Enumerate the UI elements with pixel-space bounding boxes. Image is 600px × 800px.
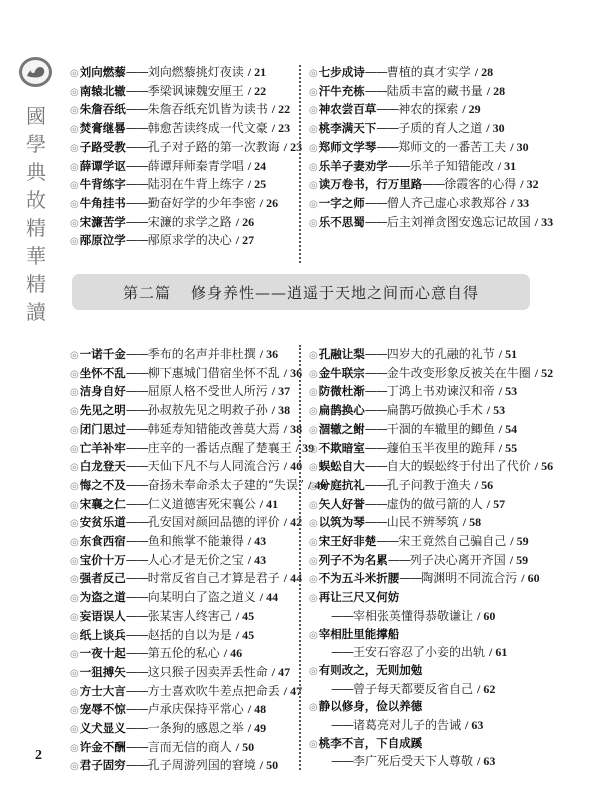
page-number-ref: 29 <box>469 102 481 116</box>
page-number-ref: 31 <box>504 159 516 173</box>
entry-keyword: 先见之明 <box>80 403 126 417</box>
em-dash: —— <box>331 682 353 696</box>
entry-description: 四岁大的孔融的礼节 <box>387 347 495 361</box>
entry-page: / 26 <box>260 196 278 210</box>
entry-description: 陶渊明不同流合污 <box>421 571 517 585</box>
page-separator: / <box>487 84 490 98</box>
entry-keyword: 宰相肚里能撑船 <box>319 627 400 641</box>
entry-page: / 55 <box>499 441 517 455</box>
em-dash: —— <box>365 515 387 529</box>
entry-keyword: 刘向燃藜 <box>80 65 126 79</box>
page-number-ref: 61 <box>495 645 507 659</box>
bullet-icon: ◎ <box>309 68 318 79</box>
bullet-icon: ◎ <box>309 702 318 713</box>
toc-entry[interactable]: ◎邴原泣学——邴原求学的决心/ 27 <box>70 232 302 251</box>
entry-description: 仁义道德害死宋襄公 <box>148 497 256 511</box>
entry-page: / 63 <box>477 754 495 768</box>
entry-description: 徐霞客的心得 <box>444 177 516 191</box>
page-separator: / <box>248 553 251 567</box>
page-separator: / <box>510 553 513 567</box>
entry-description: 虚伪的做弓箭的人 <box>387 497 483 511</box>
page-number-ref: 30 <box>517 140 529 154</box>
entry-keyword: 汗牛充栋 <box>319 84 365 98</box>
entry-page: / 56 <box>475 478 493 492</box>
bullet-icon: ◎ <box>309 462 318 473</box>
entry-description: 韩愈苦读终成一代文豪 <box>148 121 268 135</box>
toc-entry[interactable]: ◎宝价十万——人心才是无价之宝/ 43 <box>70 552 326 571</box>
em-dash: —— <box>126 534 148 548</box>
toc-entry[interactable]: ◎方士大言——方士喜欢吹牛差点把命丢/ 47 <box>70 683 326 702</box>
em-dash: —— <box>126 478 148 492</box>
entry-page: / 38 <box>272 403 290 417</box>
page-number-ref: 56 <box>541 459 553 473</box>
entry-keyword: 桃李满天下 <box>319 121 377 135</box>
bullet-icon: ◎ <box>70 425 79 436</box>
toc-entry[interactable]: ◎七步成诗——曹植的真才实学/ 28 <box>309 64 553 83</box>
entry-page: / 27 <box>236 233 254 247</box>
page-separator: / <box>462 102 465 116</box>
page-separator: / <box>236 609 239 623</box>
em-dash: —— <box>365 478 387 492</box>
page-separator: / <box>248 534 251 548</box>
em-dash: —— <box>126 347 148 361</box>
column-divider <box>299 65 301 263</box>
entry-keyword: 薛谭学讴 <box>80 159 126 173</box>
em-dash: —— <box>126 702 148 716</box>
toc-entry[interactable]: ◎宋王好非楚——宋王竟然自己骗自己/ 59 <box>309 533 553 552</box>
em-dash: —— <box>365 84 387 98</box>
toc-entry[interactable]: ◎一狙搏矢——这只猴子因卖弄丢性命/ 47 <box>70 664 326 683</box>
toc-entry[interactable]: ◎纸上谈兵——赵括的自以为是/ 45 <box>70 627 326 646</box>
entry-description: 第五伦的私心 <box>148 646 220 660</box>
bullet-icon: ◎ <box>70 537 79 548</box>
entry-description: 干涸的车辙里的鲫鱼 <box>387 422 495 436</box>
entry-description: 季梁讽谏魏安厘王 <box>148 84 244 98</box>
toc-entry[interactable]: ◎分庭抗礼——孔子问教于渔夫/ 56 <box>309 477 553 496</box>
toc-entry[interactable]: ◎以筑为琴——山民不辨琴筑/ 58 <box>309 514 553 533</box>
toc-entry[interactable]: ◎乐羊子妻劝学——乐羊子知错能改/ 31 <box>309 158 553 177</box>
page-separator: / <box>499 384 502 398</box>
em-dash: —— <box>126 646 148 660</box>
seal-emblem-icon <box>19 57 52 87</box>
page-separator: / <box>272 102 275 116</box>
page-number-ref: 53 <box>505 384 517 398</box>
title-char: 精 <box>24 270 48 298</box>
bullet-icon: ◎ <box>309 180 318 191</box>
em-dash: —— <box>126 84 148 98</box>
bullet-icon: ◎ <box>309 105 318 116</box>
toc-entry[interactable]: ◎再让三尺又何妨 <box>309 589 553 608</box>
page-separator: / <box>284 515 287 529</box>
entry-page: / 30 <box>510 140 528 154</box>
page-separator: / <box>224 646 227 660</box>
toc-entry[interactable]: ◎刘向燃藜——刘向燃藜挑灯夜读/ 21 <box>70 64 302 83</box>
toc-entry[interactable]: ◎安贫乐道——孔安国对颜回品德的评价/ 42 <box>70 514 326 533</box>
page-separator: / <box>521 571 524 585</box>
entry-description: 自大的蜈蚣终于付出了代价 <box>387 459 531 473</box>
toc-entry[interactable]: ——曾子每天都要反省自己/ 62 <box>309 681 553 699</box>
toc-entry[interactable]: ——宰相张英懂得恭敬谦让/ 60 <box>309 608 553 626</box>
page-number-ref: 23 <box>278 121 290 135</box>
page-separator: / <box>498 159 501 173</box>
toc-entry[interactable]: ◎坐怀不乱——柳下惠城门借宿坐怀不乱/ 36 <box>70 365 326 384</box>
entry-page: / 63 <box>465 718 483 732</box>
em-dash: —— <box>126 497 148 511</box>
em-dash: —— <box>126 215 148 229</box>
entry-description: 孔安国对颜回品德的评价 <box>148 515 280 529</box>
bullet-icon: ◎ <box>70 556 79 567</box>
page-number-ref: 41 <box>266 497 278 511</box>
bullet-icon: ◎ <box>309 369 318 380</box>
entry-keyword: 一字之师 <box>319 196 365 210</box>
page-number-ref: 22 <box>278 102 290 116</box>
toc-bottom-left-column: ◎一诺千金——季布的名声并非杜撰/ 36◎坐怀不乱——柳下惠城门借宿坐怀不乱/ … <box>70 346 326 776</box>
bullet-icon: ◎ <box>70 218 79 229</box>
page-number-ref: 46 <box>230 646 242 660</box>
page-number-ref: 59 <box>517 534 529 548</box>
entry-keyword: 宋濂苦学 <box>80 215 126 229</box>
page-separator: / <box>487 497 490 511</box>
page-separator: / <box>260 196 263 210</box>
entry-page: / 58 <box>463 515 481 529</box>
toc-entry[interactable]: ◎涸辙之鲋——干涸的车辙里的鲫鱼/ 54 <box>309 421 553 440</box>
em-dash: —— <box>126 65 148 79</box>
em-dash: —— <box>365 384 387 398</box>
entry-page: / 21 <box>248 65 266 79</box>
bullet-icon: ◎ <box>309 630 318 641</box>
bullet-icon: ◎ <box>70 705 79 716</box>
entry-description: 王安石容忍了小妾的出轨 <box>353 645 485 659</box>
em-dash: —— <box>365 422 387 436</box>
toc-entry[interactable]: ◎蜈蚣自大——自大的蜈蚣终于付出了代价/ 56 <box>309 458 553 477</box>
page-number-ref: 21 <box>254 65 266 79</box>
page-number-ref: 44 <box>266 590 278 604</box>
entry-description: 乐羊子知错能改 <box>410 159 494 173</box>
bullet-icon: ◎ <box>309 143 318 154</box>
entry-page: / 22 <box>272 102 290 116</box>
toc-entry[interactable]: ◎南辕北辙——季梁讽谏魏安厘王/ 22 <box>70 83 302 102</box>
page-separator: / <box>248 702 251 716</box>
toc-entry[interactable]: ◎君子固穷——孔子周游列国的窘境/ 50 <box>70 757 326 776</box>
page-separator: / <box>236 628 239 642</box>
page-number-ref: 43 <box>254 534 266 548</box>
page-number-ref: 22 <box>254 84 266 98</box>
entry-description: 张某害人终害己 <box>148 609 232 623</box>
em-dash: —— <box>365 441 387 455</box>
toc-entry[interactable]: ◎不为五斗米折腰——陶渊明不同流合污/ 60 <box>309 570 553 589</box>
toc-entry[interactable]: ◎静以修身，俭以养德 <box>309 698 553 717</box>
page-separator: / <box>520 177 523 191</box>
entry-page: / 56 <box>535 459 553 473</box>
title-char: 精 <box>24 214 48 242</box>
toc-entry[interactable]: ◎孔融让梨——四岁大的孔融的礼节/ 51 <box>309 346 553 365</box>
entry-page: / 48 <box>248 702 266 716</box>
page-number-ref: 26 <box>242 215 254 229</box>
bullet-icon: ◎ <box>309 666 318 677</box>
bullet-icon: ◎ <box>70 668 79 679</box>
page-separator: / <box>284 684 287 698</box>
em-dash: —— <box>331 609 353 623</box>
toc-entry[interactable]: ◎亡羊补牢——庄辛的一番话点醒了楚襄王/ 39 <box>70 440 326 459</box>
em-dash: —— <box>365 497 387 511</box>
page-separator: / <box>248 65 251 79</box>
entry-keyword: 郑师文学琴 <box>319 140 377 154</box>
toc-entry[interactable]: ——王安石容忍了小妾的出轨/ 61 <box>309 644 553 662</box>
entry-keyword: 义犬显义 <box>80 721 126 735</box>
page-number-ref: 63 <box>471 718 483 732</box>
bullet-icon: ◎ <box>309 162 318 173</box>
toc-entry[interactable]: ◎洁身自好——屈原人格不受世人所污/ 37 <box>70 383 326 402</box>
entry-keyword: 坐怀不乱 <box>80 366 126 380</box>
page-separator: / <box>477 609 480 623</box>
toc-entry[interactable]: ◎桃李满天下——子质的育人之道/ 30 <box>309 120 553 139</box>
bullet-icon: ◎ <box>309 481 318 492</box>
bullet-icon: ◎ <box>309 199 318 210</box>
bullet-icon: ◎ <box>70 236 79 247</box>
bullet-icon: ◎ <box>70 649 79 660</box>
page-number-ref: 59 <box>516 553 528 567</box>
entry-page: / 53 <box>487 403 505 417</box>
entry-page: / 61 <box>489 645 507 659</box>
vertical-series-title: 國 學 典 故 精 華 精 讀 <box>24 102 48 326</box>
toc-entry[interactable]: ◎宰相肚里能撑船 <box>309 626 553 645</box>
entry-keyword: 宠辱不惊 <box>80 702 126 716</box>
page-number-ref: 36 <box>266 347 278 361</box>
em-dash: —— <box>126 571 148 585</box>
entry-description: 卢承庆保持平常心 <box>148 702 244 716</box>
title-char: 學 <box>24 130 48 158</box>
entry-keyword: 静以修身，俭以养德 <box>319 699 423 713</box>
bullet-icon: ◎ <box>70 593 79 604</box>
em-dash: —— <box>365 65 387 79</box>
page-number-ref: 52 <box>541 366 553 380</box>
bullet-icon: ◎ <box>70 761 79 772</box>
toc-entry[interactable]: ◎郑师文学琴——郑师文的一番苦工夫/ 30 <box>309 139 553 158</box>
toc-entry[interactable]: ◎防微杜渐——丁鸿上书劝谏汉和帝/ 53 <box>309 383 553 402</box>
page-separator: / <box>236 233 239 247</box>
entry-description: 蘧伯玉半夜里的跪拜 <box>387 441 495 455</box>
bullet-icon: ◎ <box>70 462 79 473</box>
page-separator: / <box>284 422 287 436</box>
bullet-icon: ◎ <box>309 350 318 361</box>
toc-entry[interactable]: ◎一夜十起——第五伦的私心/ 46 <box>70 645 326 664</box>
bullet-icon: ◎ <box>70 143 79 154</box>
entry-description: 郑师文的一番苦工夫 <box>398 140 506 154</box>
toc-entry[interactable]: ◎闭门思过——韩延寿知错能改善莫大焉/ 38 <box>70 421 326 440</box>
em-dash: —— <box>126 441 148 455</box>
toc-entry[interactable]: ◎牛背练字——陆羽在牛背上练字/ 25 <box>70 176 302 195</box>
bullet-icon: ◎ <box>70 162 79 173</box>
toc-entry[interactable]: ◎乐不思蜀——后主刘禅贪图安逸忘记故国/ 33 <box>309 214 553 233</box>
toc-entry[interactable]: ◎焚膏继晷——韩愈苦读终成一代文豪/ 23 <box>70 120 302 139</box>
entry-keyword: 朱詹吞纸 <box>80 102 126 116</box>
toc-entry[interactable]: ◎不欺暗室——蘧伯玉半夜里的跪拜/ 55 <box>309 440 553 459</box>
page-number-ref: 30 <box>493 121 505 135</box>
page-separator: / <box>489 645 492 659</box>
em-dash: —— <box>126 590 148 604</box>
toc-entry[interactable]: ◎宋襄之仁——仁义道德害死宋襄公/ 41 <box>70 496 326 515</box>
entry-description: 陆质丰富的藏书量 <box>387 84 483 98</box>
page-separator: / <box>487 403 490 417</box>
toc-entry[interactable]: ◎列子不为名累——列子决心离开齐国/ 59 <box>309 552 553 571</box>
em-dash: —— <box>365 196 387 210</box>
page-number-ref: 50 <box>266 758 278 772</box>
entry-description: 山民不辨琴筑 <box>387 515 459 529</box>
em-dash: —— <box>126 459 148 473</box>
toc-entry[interactable]: ◎许金不酬——言而无信的商人/ 50 <box>70 739 326 758</box>
bullet-icon: ◎ <box>70 518 79 529</box>
toc-entry[interactable]: ◎子路受教——孔子对子路的第一次教诲/ 23 <box>70 139 302 158</box>
entry-page: / 33 <box>535 215 553 229</box>
entry-keyword: 一狙搏矢 <box>80 665 126 679</box>
toc-entry[interactable]: ◎宋濂苦学——宋濂的求学之路/ 26 <box>70 214 302 233</box>
em-dash: —— <box>331 645 353 659</box>
entry-keyword: 孔融让梨 <box>319 347 365 361</box>
toc-entry[interactable]: ◎东食西宿——鱼和熊掌不能兼得/ 43 <box>70 533 326 552</box>
page-separator: / <box>272 384 275 398</box>
toc-entry[interactable]: ◎金牛联宗——金牛改变形象反被关在牛圈/ 52 <box>309 365 553 384</box>
toc-entry[interactable]: ◎宠辱不惊——卢承庆保持平常心/ 48 <box>70 701 326 720</box>
page-number-ref: 54 <box>505 422 517 436</box>
entry-description: 勤奋好学的少年李密 <box>148 196 256 210</box>
page-number-ref: 51 <box>505 347 517 361</box>
page-number-ref: 45 <box>242 609 254 623</box>
entry-description: 方士喜欢吹牛差点把命丢 <box>148 684 280 698</box>
entry-description: 诸葛亮对儿子的告诫 <box>353 718 461 732</box>
entry-page: / 29 <box>462 102 480 116</box>
entry-description: 奋扬未奉命杀太子建的“失误” <box>148 478 304 492</box>
toc-entry[interactable]: ◎强者反己——时常反省自己才算是君子/ 44 <box>70 570 326 589</box>
entry-description: 赵括的自以为是 <box>148 628 232 642</box>
toc-entry[interactable]: ◎义犬显义——一条狗的感恩之举/ 49 <box>70 720 326 739</box>
toc-entry[interactable]: ◎悔之不及——奋扬未奉命杀太子建的“失误”/ 40 <box>70 477 326 496</box>
toc-entry[interactable]: ◎有则改之，无则加勉 <box>309 662 553 681</box>
bullet-icon: ◎ <box>70 500 79 511</box>
entry-description: 庄辛的一番话点醒了楚襄王 <box>148 441 292 455</box>
entry-keyword: 一夜十起 <box>80 646 126 660</box>
bullet-icon: ◎ <box>309 574 318 585</box>
entry-keyword: 妄语误人 <box>80 609 126 623</box>
em-dash: —— <box>376 140 398 154</box>
page-number-ref: 57 <box>493 497 505 511</box>
toc-entry[interactable]: ◎汗牛充栋——陆质丰富的藏书量/ 28 <box>309 83 553 102</box>
entry-keyword: 再让三尺又何妨 <box>319 590 400 604</box>
toc-entry[interactable]: ◎朱詹吞纸——朱詹吞纸充饥皆为读书/ 22 <box>70 101 302 120</box>
bullet-icon: ◎ <box>309 739 318 750</box>
page-separator: / <box>260 590 263 604</box>
title-char: 讀 <box>24 298 48 326</box>
page-separator: / <box>499 422 502 436</box>
entry-page: / 49 <box>248 721 266 735</box>
entry-description: 曾子每天都要反省自己 <box>353 682 473 696</box>
page-separator: / <box>475 65 478 79</box>
em-dash: —— <box>388 159 410 173</box>
entry-keyword: 矢人好誉 <box>319 497 365 511</box>
entry-keyword: 南辕北辙 <box>80 84 126 98</box>
entry-keyword: 有则改之，无则加勉 <box>319 663 423 677</box>
toc-entry[interactable]: ◎为盗之道——向某明白了盗之道义/ 44 <box>70 589 326 608</box>
entry-description: 邴原求学的决心 <box>148 233 232 247</box>
bullet-icon: ◎ <box>309 444 318 455</box>
page-number-ref: 45 <box>242 628 254 642</box>
entry-description: 韩延寿知错能改善莫大焉 <box>148 422 280 436</box>
page-number-ref: 60 <box>528 571 540 585</box>
bullet-icon: ◎ <box>70 612 79 623</box>
page-number-ref: 53 <box>493 403 505 417</box>
entry-description: 薛谭拜师秦青学唱 <box>148 159 244 173</box>
entry-page: / 25 <box>248 177 266 191</box>
page-number-ref: 33 <box>541 215 553 229</box>
page-number-ref: 38 <box>278 403 290 417</box>
toc-entry[interactable]: ◎一字之师——僧人齐己虚心求教郑谷/ 33 <box>309 195 553 214</box>
entry-keyword: 乐羊子妻劝学 <box>319 159 388 173</box>
entry-keyword: 防微杜渐 <box>319 384 365 398</box>
entry-keyword: 牛角挂书 <box>80 196 126 210</box>
entry-keyword: 许金不酬 <box>80 740 126 754</box>
toc-entry[interactable]: ◎桃李不言，下自成蹊 <box>309 735 553 754</box>
entry-keyword: 子路受教 <box>80 140 126 154</box>
em-dash: —— <box>365 403 387 417</box>
entry-keyword: 涸辙之鲋 <box>319 422 365 436</box>
entry-description: 言而无信的商人 <box>148 740 232 754</box>
entry-page: / 23 <box>272 121 290 135</box>
entry-keyword: 神农尝百草 <box>319 102 377 116</box>
em-dash: —— <box>126 159 148 173</box>
toc-entry[interactable]: ◎一诺千金——季布的名声并非杜撰/ 36 <box>70 346 326 365</box>
entry-keyword: 闭门思过 <box>80 422 126 436</box>
bullet-icon: ◎ <box>70 180 79 191</box>
bullet-icon: ◎ <box>70 481 79 492</box>
title-char: 國 <box>24 102 48 130</box>
bullet-icon: ◎ <box>70 724 79 735</box>
page-number-ref: 50 <box>242 740 254 754</box>
entry-page: / 51 <box>499 347 517 361</box>
toc-entry[interactable]: ◎扁鹊换心——扁鹊巧做换心手术/ 53 <box>309 402 553 421</box>
toc-entry[interactable]: ◎先见之明——孙叔敖先见之明救子孙/ 38 <box>70 402 326 421</box>
entry-keyword: 宋王好非楚 <box>319 534 377 548</box>
page-number-ref: 24 <box>254 159 266 173</box>
entry-page: / 28 <box>475 65 493 79</box>
em-dash: —— <box>126 553 148 567</box>
entry-keyword: 不为五斗米折腰 <box>319 571 400 585</box>
entry-keyword: 宝价十万 <box>80 553 126 567</box>
toc-entry[interactable]: ◎读万卷书，行万里路——徐霞客的心得/ 32 <box>309 176 553 195</box>
page-number-ref: 33 <box>517 196 529 210</box>
entry-keyword: 亡羊补牢 <box>80 441 126 455</box>
em-dash: —— <box>126 196 148 210</box>
toc-entry[interactable]: ◎白龙登天——天仙下凡不与人同流合污/ 40 <box>70 458 326 477</box>
toc-entry[interactable]: ◎矢人好誉——虚伪的做弓箭的人/ 57 <box>309 496 553 515</box>
entry-page: / 26 <box>236 215 254 229</box>
entry-page: / 59 <box>510 534 528 548</box>
section-part-label: 第二篇 <box>123 282 171 303</box>
em-dash: —— <box>126 140 148 154</box>
toc-entry[interactable]: ◎薛谭学讴——薛谭拜师秦青学唱/ 24 <box>70 158 302 177</box>
bullet-icon: ◎ <box>309 87 318 98</box>
toc-entry[interactable]: ◎妄语误人——张某害人终害己/ 45 <box>70 608 326 627</box>
entry-keyword: 邴原泣学 <box>80 233 126 247</box>
entry-keyword: 焚膏继晷 <box>80 121 126 135</box>
page-number-ref: 48 <box>254 702 266 716</box>
em-dash: —— <box>376 102 398 116</box>
toc-entry[interactable]: ——诸葛亮对儿子的告诫/ 63 <box>309 717 553 735</box>
toc-entry[interactable]: ——李广死后受天下人尊敬/ 63 <box>309 753 553 771</box>
page-separator: / <box>248 84 251 98</box>
toc-entry[interactable]: ◎神农尝百草——神农的探索/ 29 <box>309 101 553 120</box>
entry-keyword: 不欺暗室 <box>319 441 365 455</box>
toc-entry[interactable]: ◎牛角挂书——勤奋好学的少年李密/ 26 <box>70 195 302 214</box>
em-dash: —— <box>376 121 398 135</box>
